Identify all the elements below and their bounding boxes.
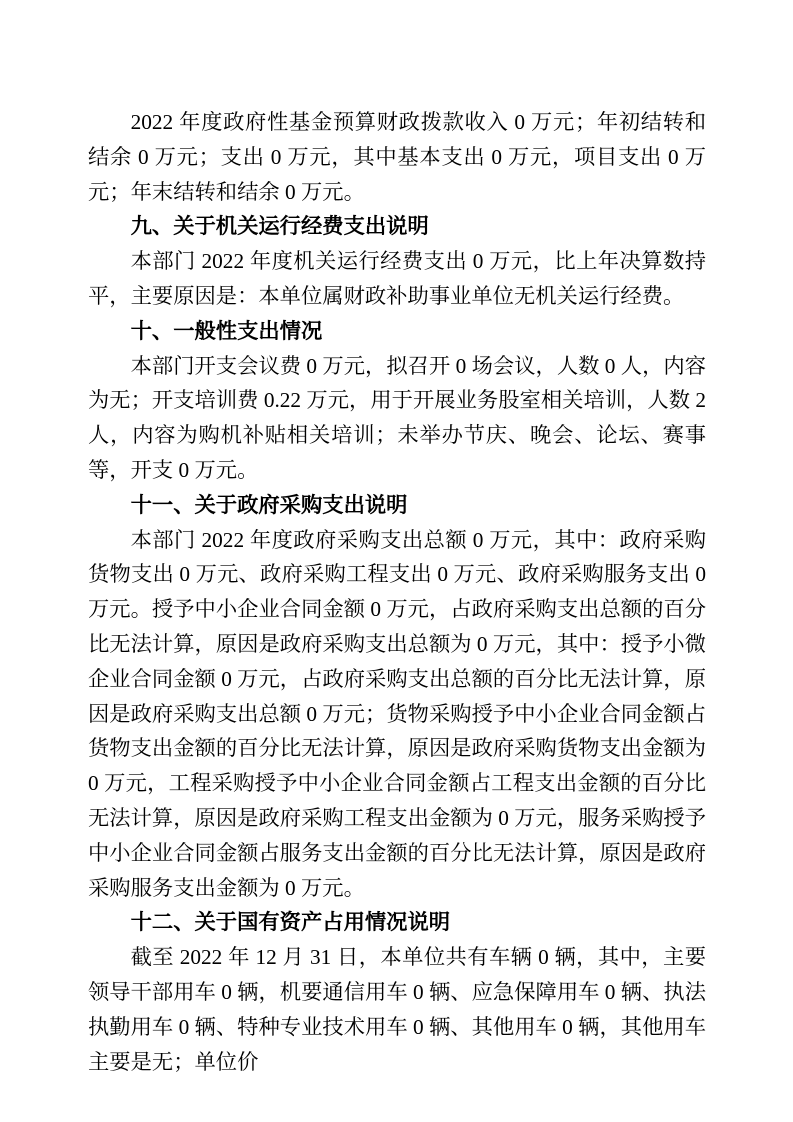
body-paragraph: 本部门开支会议费 0 万元，拟召开 0 场会议，人数 0 人，内容为无；开支培训… [88,349,706,488]
section-heading: 十、一般性支出情况 [88,314,706,349]
body-paragraph: 截至 2022 年 12 月 31 日，本单位共有车辆 0 辆，其中，主要领导干… [88,940,706,1079]
section-heading: 十二、关于国有资产占用情况说明 [88,905,706,940]
body-paragraph: 本部门 2022 年度政府采购支出总额 0 万元，其中：政府采购货物支出 0 万… [88,523,706,906]
body-paragraph: 本部门 2022 年度机关运行经费支出 0 万元，比上年决算数持平，主要原因是：… [88,244,706,314]
document-body: 2022 年度政府性基金预算财政拨款收入 0 万元；年初结转和结余 0 万元；支… [88,105,706,1079]
document-page: 2022 年度政府性基金预算财政拨款收入 0 万元；年初结转和结余 0 万元；支… [0,0,793,1122]
section-heading: 九、关于机关运行经费支出说明 [88,209,706,244]
body-paragraph: 2022 年度政府性基金预算财政拨款收入 0 万元；年初结转和结余 0 万元；支… [88,105,706,209]
section-heading: 十一、关于政府采购支出说明 [88,488,706,523]
